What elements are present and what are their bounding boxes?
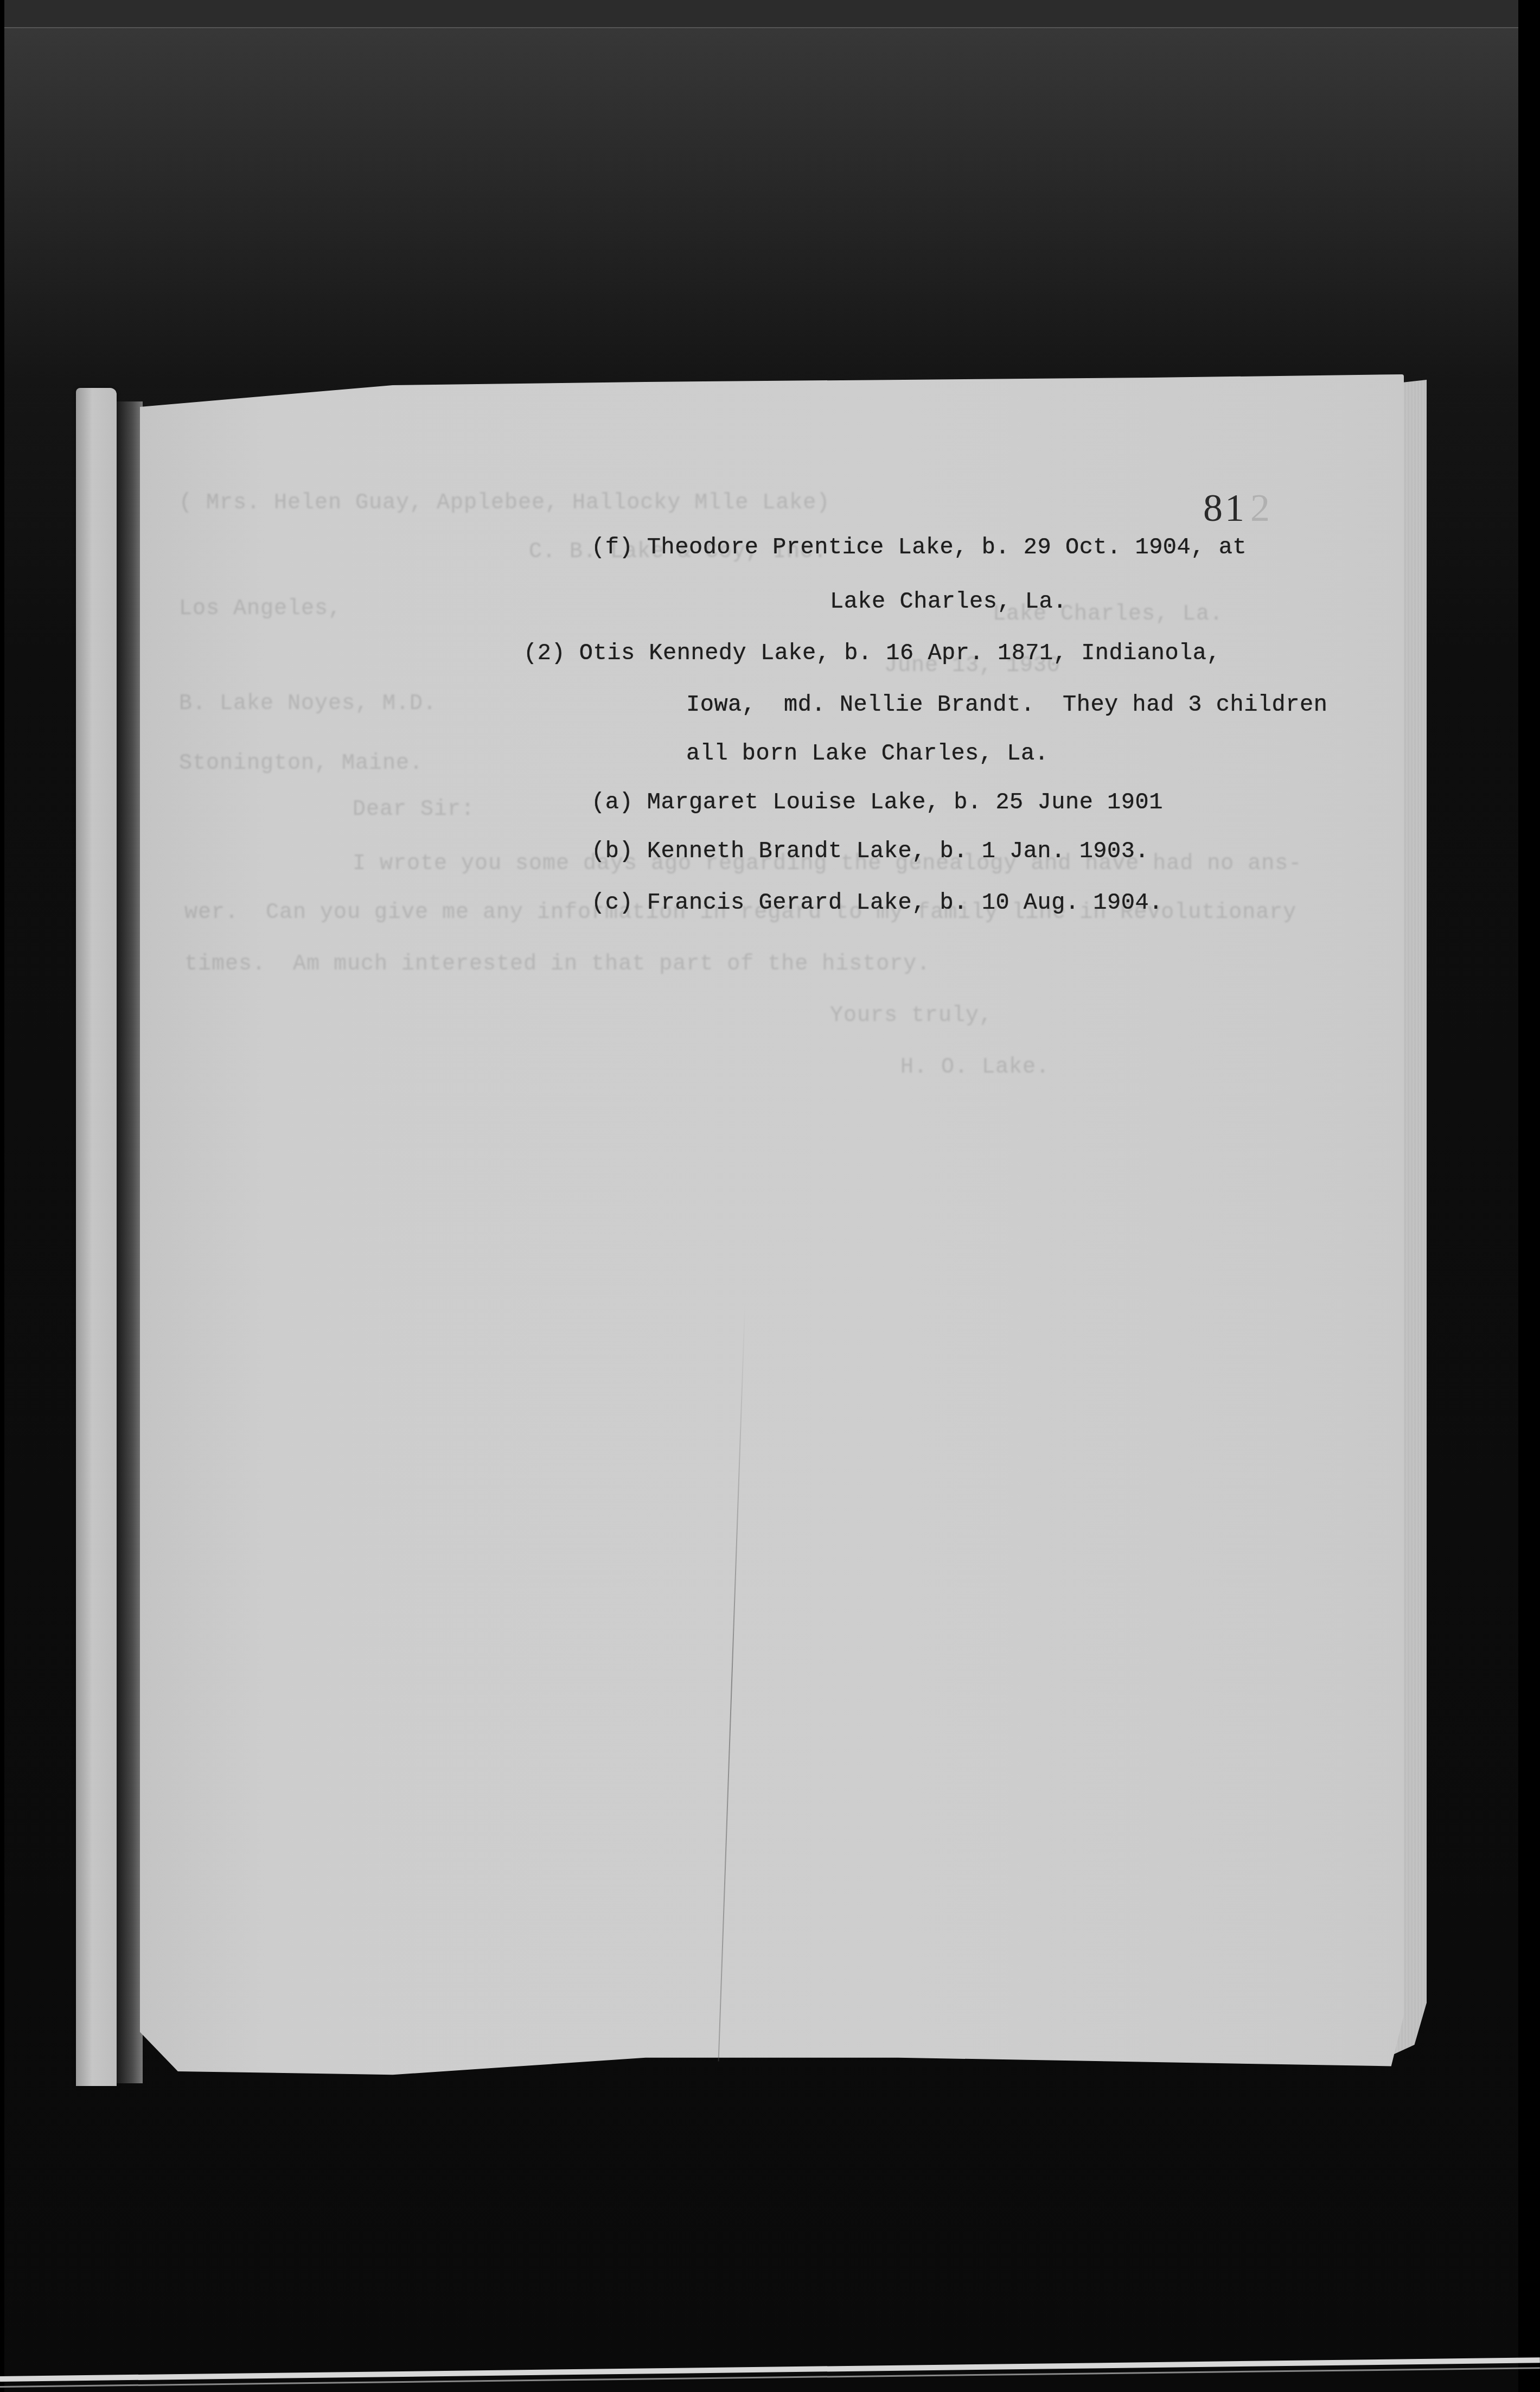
entry-2-line-2: Iowa, md. Nellie Brandt. They had 3 chil… [686,692,1327,718]
previous-page-edge [76,388,117,2086]
entry-f-line-2: Lake Charles, La. [830,589,1067,615]
page-number: 81 [1203,486,1247,531]
entry-2-line-1: (2) Otis Kennedy Lake, b. 16 Apr. 1871, … [523,640,1221,666]
film-top-band [0,0,1519,28]
document-page [140,374,1404,2083]
page-number-ghost: 2 [1250,486,1270,531]
book-gutter [117,401,143,2083]
bleed-through-line: ( Mrs. Helen Guay, Applebee, Hallocky Ml… [179,491,830,515]
bleed-through-line: Dear Sir: [353,798,475,822]
bleed-through-line: Yours truly, [830,1004,993,1028]
film-left-edge [0,0,4,2392]
entry-a: (a) Margaret Louise Lake, b. 25 June 190… [591,789,1163,815]
entry-f-line-1: (f) Theodore Prentice Lake, b. 29 Oct. 1… [591,534,1247,560]
film-right-edge [1518,0,1540,2392]
bleed-through-line: H. O. Lake. [900,1055,1050,1080]
bleed-through-line: B. Lake Noyes, M.D. [179,692,437,716]
microfilm-scan: ( Mrs. Helen Guay, Applebee, Hallocky Ml… [0,0,1540,2392]
bleed-through-line: times. Am much interested in that part o… [184,952,930,977]
bleed-through-line: Stonington, Maine. [179,751,423,776]
entry-b: (b) Kenneth Brandt Lake, b. 1 Jan. 1903. [591,838,1149,864]
bleed-through-line: Los Angeles, [179,597,342,621]
entry-2-line-3: all born Lake Charles, La. [686,741,1049,767]
entry-c: (c) Francis Gerard Lake, b. 10 Aug. 1904… [591,890,1163,916]
